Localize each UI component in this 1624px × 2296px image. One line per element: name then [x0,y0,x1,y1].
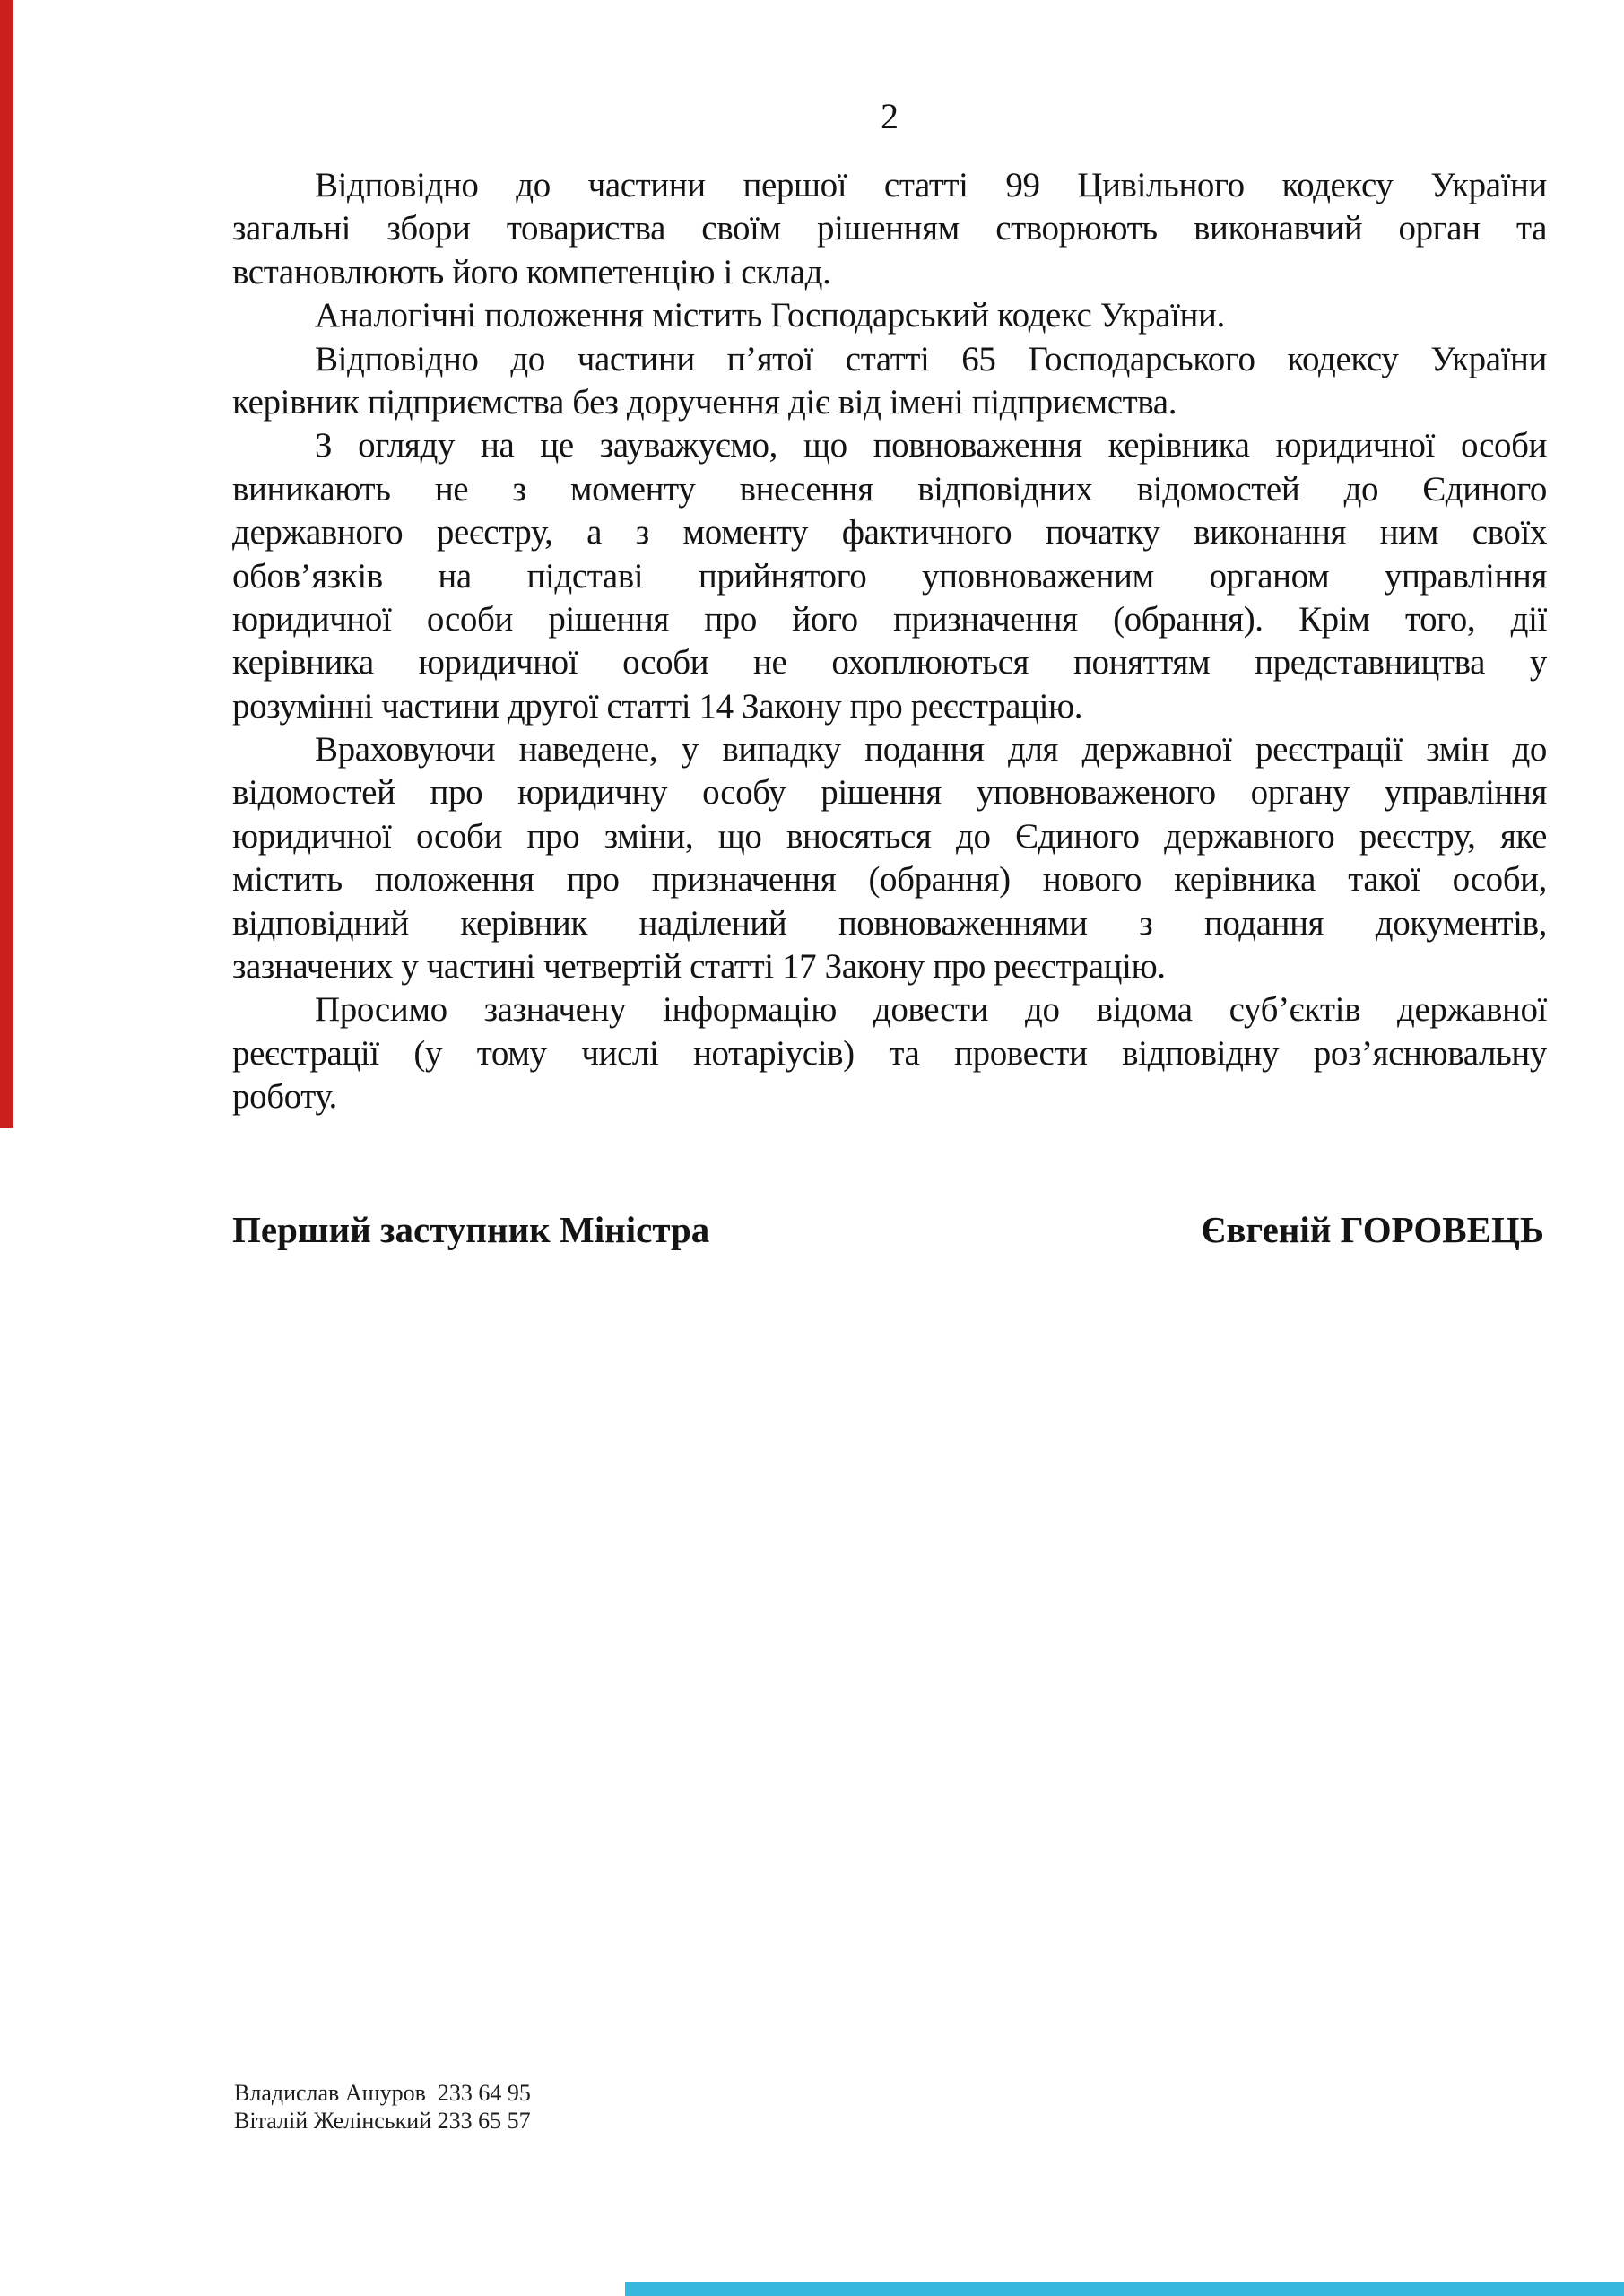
document-line: державного реєстру, а з моменту фактично… [232,511,1547,554]
page-number: 2 [232,95,1547,138]
document-line: виникають не з моменту внесення відповід… [232,468,1547,511]
document-line: відомостей про юридичну особу рішення уп… [232,771,1547,814]
document-line: керівника юридичної особи не охоплюються… [232,641,1547,684]
scan-edge-artifact-left [0,0,13,1128]
scanned-letter-page: 2 Відповідно до частини першої статті 99… [0,0,1624,2296]
signature-name: Євгеній ГОРОВЕЦЬ [1202,1207,1544,1252]
letter-body: Відповідно до частини першої статті 99 Ц… [232,164,1547,1119]
footer-contact-line: Віталій Желінський 233 65 57 [234,2107,531,2135]
document-line: юридичної особи про зміни, що вносяться … [232,815,1547,858]
document-line: роботу. [232,1075,1547,1118]
document-line: З огляду на це зауважуємо, що повноважен… [232,424,1547,467]
document-line: відповідний керівник наділений повноваже… [232,902,1547,945]
document-line: містить положення про призначення (обран… [232,858,1547,901]
document-line: реєстрації (у тому числі нотаріусів) та … [232,1032,1547,1075]
document-line: обов’язків на підставі прийнятого уповно… [232,555,1547,598]
document-line: Відповідно до частини першої статті 99 Ц… [232,164,1547,207]
document-line: встановлюють його компетенцію і склад. [232,251,1547,294]
document-line: розумінні частини другої статті 14 Закон… [232,685,1547,728]
signature-title: Перший заступник Міністра [232,1207,709,1252]
document-line: зазначених у частині четвертій статті 17… [232,945,1547,988]
footer-contacts: Владислав Ашуров 233 64 95Віталій Желінс… [234,2079,531,2135]
document-line: загальні збори товариства своїм рішенням… [232,207,1547,250]
document-line: Відповідно до частини п’ятої статті 65 Г… [232,338,1547,381]
document-line: Враховуючи наведене, у випадку подання д… [232,728,1547,771]
footer-contact-line: Владислав Ашуров 233 64 95 [234,2079,531,2107]
document-line: юридичної особи рішення про його признач… [232,598,1547,641]
signature-row: Перший заступник Міністра Євгеній ГОРОВЕ… [232,1207,1544,1252]
document-line: Просимо зазначену інформацію довести до … [232,988,1547,1031]
scan-edge-artifact-bottom [625,2282,1624,2296]
document-line: керівник підприємства без доручення діє … [232,381,1547,424]
document-line: Аналогічні положення містить Господарськ… [232,294,1547,337]
